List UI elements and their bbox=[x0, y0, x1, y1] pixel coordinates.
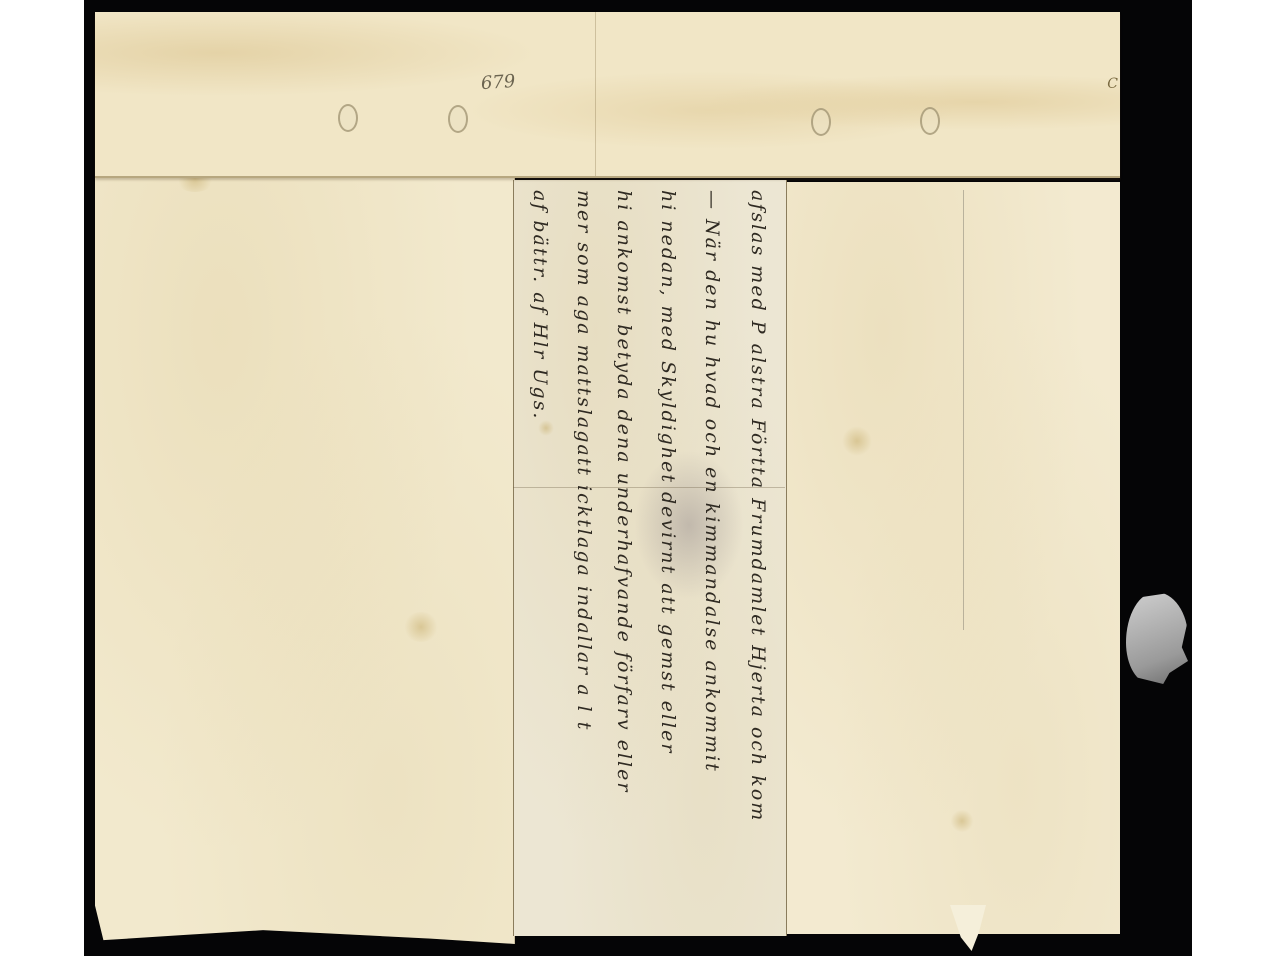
script-line-1: afslas med P alstra Förtta Frumdamlet Hj… bbox=[748, 190, 767, 930]
left-paper-panel bbox=[95, 176, 515, 944]
archive-number: 679 bbox=[480, 71, 516, 94]
script-line-4: hi ankomst betyda dena underhafvande för… bbox=[614, 190, 633, 930]
script-line-5: mer som aga mattslagatt icktlaga indalla… bbox=[574, 190, 593, 930]
top-flap: 679 C bbox=[95, 12, 1120, 178]
punch-hole-4 bbox=[920, 107, 940, 135]
script-line-6: af bättr. af Hlr Ugs. bbox=[530, 190, 549, 550]
pencil-rule-line bbox=[963, 190, 964, 630]
punch-hole-3 bbox=[811, 108, 831, 136]
right-paper-panel bbox=[782, 182, 1120, 934]
stain-spot bbox=[403, 612, 439, 642]
punch-hole-1 bbox=[338, 104, 358, 132]
script-line-2: — När den hu hvad och en kimmandalse ank… bbox=[702, 190, 721, 930]
flap-edge-mark: C bbox=[1107, 76, 1118, 92]
fold-crease bbox=[513, 487, 785, 488]
flap-fold-line bbox=[595, 12, 596, 176]
stain-spot bbox=[842, 426, 872, 456]
ink-smudge bbox=[634, 450, 744, 600]
stain-spot bbox=[950, 810, 974, 832]
punch-hole-2 bbox=[448, 105, 468, 133]
written-strip bbox=[513, 180, 787, 936]
script-line-3: hi nedan, med Skyldighet devirnt att gem… bbox=[658, 190, 677, 930]
